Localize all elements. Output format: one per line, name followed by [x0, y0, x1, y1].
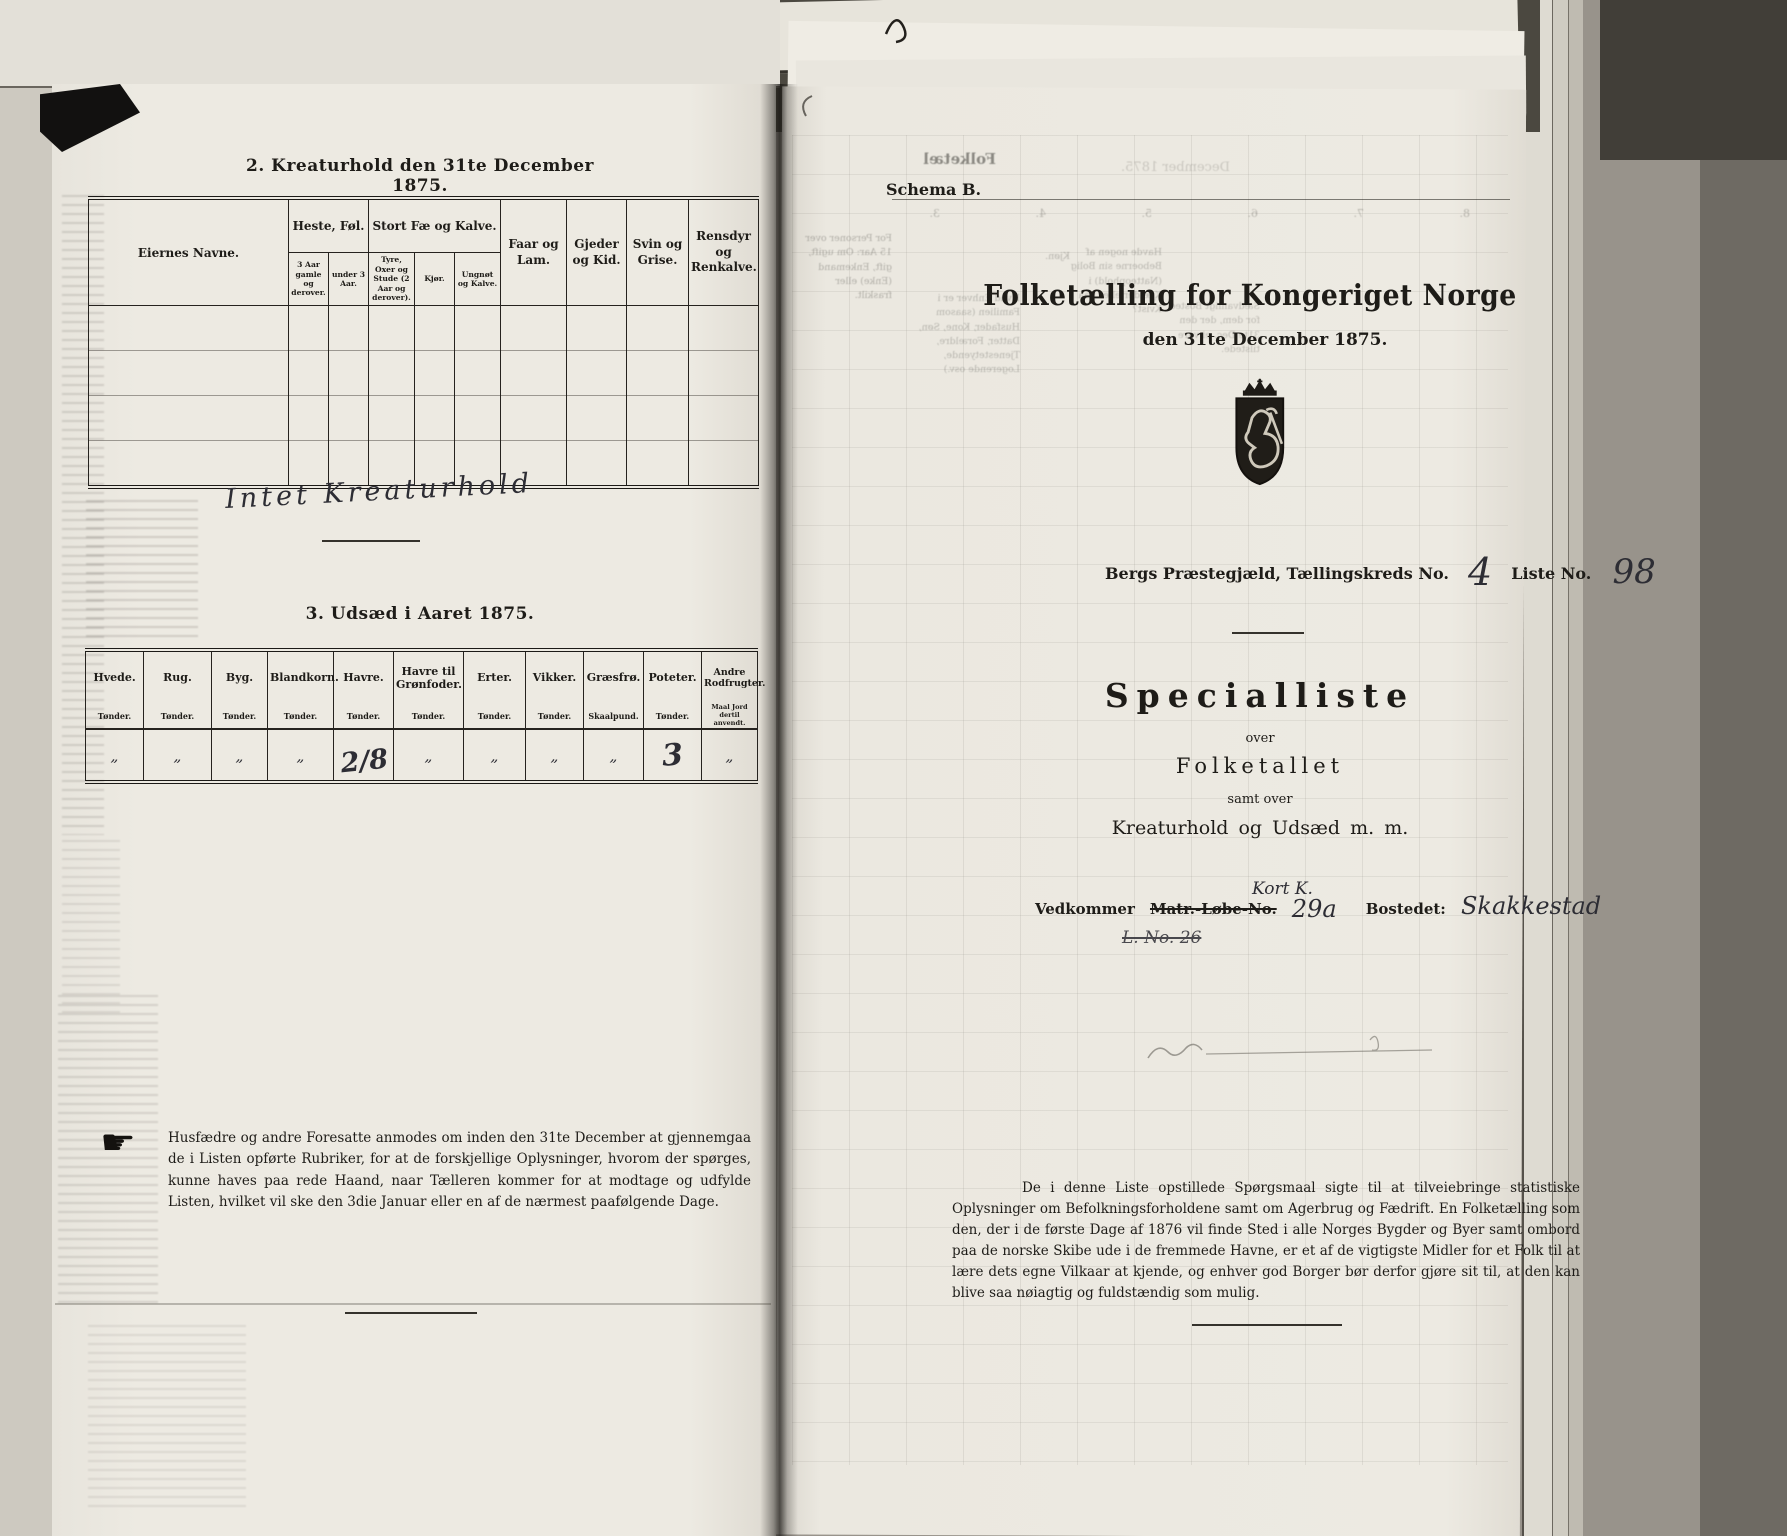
district-prefix: Bergs Præstegjæld, Tællingskreds No.: [1105, 564, 1449, 583]
subtitle-samt-over: samt over: [1070, 792, 1450, 807]
kreaturhold-table: Eiernes Navne. Heste, Føl. Stort Fæ og K…: [88, 196, 759, 489]
divider-rule: [1232, 632, 1304, 634]
col-header-poteter: Poteter.: [644, 650, 702, 704]
empty-cell: [567, 396, 627, 441]
udsaed-table: Hvede. Rug. Byg. Blandkorn. Havre. Havre…: [85, 648, 758, 784]
manicule-icon: ☛: [100, 1123, 136, 1162]
value-cell-andre: „: [702, 729, 758, 782]
unit-cell: Tønder.: [334, 704, 394, 729]
unit-cell: Tønder.: [86, 704, 144, 729]
page-edge-stack: [1568, 0, 1583, 1536]
schema-label: Schema B.: [886, 180, 981, 199]
subcol-ungnot: Ungnøt og Kalve.: [455, 253, 501, 306]
empty-cell: [289, 396, 329, 441]
value-cell-poteter: 3: [644, 729, 702, 782]
empty-cell: [689, 351, 759, 396]
col-header-byg: Byg.: [212, 650, 268, 704]
empty-cell: [501, 351, 567, 396]
empty-cell: [689, 396, 759, 441]
empty-cell: [689, 306, 759, 351]
col-header-graesfro: Græsfrø.: [584, 650, 644, 704]
divider-rule: [322, 540, 420, 542]
empty-cell: [329, 396, 369, 441]
empty-cell: [89, 441, 289, 488]
handwritten-liste-number: 98: [1612, 552, 1655, 592]
bleedthrough-block: [86, 500, 198, 642]
empty-cell: [567, 306, 627, 351]
subcol-tyre-oxer: Tyre, Oxer og Stude (2 Aar og derover).: [369, 253, 415, 306]
divider-rule: [345, 1312, 477, 1314]
value-cell-havre: 2/8: [334, 729, 394, 782]
handwritten-district-number: 4: [1468, 550, 1492, 594]
unit-cell: Skaalpund.: [584, 704, 644, 729]
empty-cell: [455, 306, 501, 351]
col-header-rug: Rug.: [144, 650, 212, 704]
col-group-stort-fae: Stort Fæ og Kalve.: [369, 198, 501, 253]
unit-cell: Tønder.: [268, 704, 334, 729]
census-date-line: den 31te December 1875.: [1085, 330, 1445, 350]
col-header-eiernes-navne: Eiernes Navne.: [89, 198, 289, 306]
header-rule: [892, 199, 1510, 200]
empty-cell: [369, 396, 415, 441]
background-right: [1700, 0, 1787, 1536]
coat-of-arms: [1226, 378, 1304, 520]
unit-cell: Tønder.: [644, 704, 702, 729]
bleedthrough-text: December 1875.: [1020, 158, 1230, 178]
col-header-svin-og-grise: Svin og Grise.: [627, 198, 689, 306]
bleedthrough-block: [88, 1325, 246, 1510]
sheet-edge-line: [55, 1303, 771, 1305]
empty-cell: [369, 306, 415, 351]
empty-cell: [627, 351, 689, 396]
pencil-scribble: [1140, 1028, 1440, 1074]
background-corner: [1600, 0, 1787, 160]
empty-cell: [89, 396, 289, 441]
empty-cell: [501, 306, 567, 351]
unit-cell: Maal Jord dertil anvendt.: [702, 704, 758, 729]
stacked-sheet: [0, 0, 780, 88]
col-header-vikker: Vikker.: [526, 650, 584, 704]
vedkommer-label: Vedkommer: [1035, 900, 1135, 918]
value-cell-havre-gronfoder: „: [394, 729, 464, 782]
bosted-label: Bostedet:: [1366, 900, 1446, 918]
struck-handwriting: L. No. 26: [1122, 928, 1201, 948]
census-main-title: Folketælling for Kongeriget Norge: [979, 278, 1522, 312]
subcol-kjor: Kjør.: [415, 253, 455, 306]
liste-label: Liste No.: [1511, 564, 1591, 583]
col-header-andre-rodfrugter: Andre Rodfrugter.: [702, 650, 758, 704]
bleedthrough-text: 8. 7. 6. 5. 4. 3.: [830, 206, 1470, 223]
value-cell-rug: „: [144, 729, 212, 782]
col-header-hvede: Hvede.: [86, 650, 144, 704]
unit-cell: Tønder.: [526, 704, 584, 729]
empty-cell: [455, 351, 501, 396]
bleedthrough-text: For Personer over 15 Aar: Om ugift, gift…: [804, 232, 892, 303]
page-edge-stack: [1522, 0, 1552, 1536]
bleedthrough-text: Folketæl: [876, 148, 996, 171]
explanatory-paragraph: De i denne Liste opstillede Spørgsmaal s…: [952, 1178, 1580, 1304]
page-edge-stack: [1552, 0, 1569, 1536]
pen-squiggle: [794, 92, 820, 122]
col-header-faar-og-lam: Faar og Lam.: [501, 198, 567, 306]
handwritten-lobe-number: 29a: [1292, 895, 1337, 923]
subtitle-over: over: [1070, 731, 1450, 746]
subcol-heste-3aar: 3 Aar gamle og derover.: [289, 253, 329, 306]
value-cell-blandkorn: „: [268, 729, 334, 782]
col-header-erter: Erter.: [464, 650, 526, 704]
empty-cell: [415, 351, 455, 396]
scanned-census-spread: Folketæl December 1875. 8. 7. 6. 5. 4. 3…: [0, 0, 1787, 1536]
empty-cell: [289, 351, 329, 396]
empty-cell: [289, 306, 329, 351]
empty-cell: [627, 441, 689, 488]
empty-cell: [455, 396, 501, 441]
empty-cell: [689, 441, 759, 488]
unit-cell: Tønder.: [144, 704, 212, 729]
empty-cell: [567, 441, 627, 488]
col-header-havre-gronfoder: Havre til Grønfoder.: [394, 650, 464, 704]
value-cell-erter: „: [464, 729, 526, 782]
empty-cell: [501, 396, 567, 441]
divider-rule: [1192, 1324, 1342, 1326]
subtitle-kreaturhold: Kreaturhold og Udsæd m. m.: [1070, 817, 1450, 839]
empty-cell: [627, 306, 689, 351]
empty-cell: [329, 351, 369, 396]
unit-cell: Tønder.: [464, 704, 526, 729]
scan-margin: [0, 86, 55, 1536]
empty-cell: [89, 351, 289, 396]
handwritten-bosted: Skakkestad: [1461, 892, 1601, 920]
specialliste-block: Specialliste over Folketallet samt over …: [1070, 676, 1450, 839]
instruction-paragraph: Husfædre og andre Foresatte anmodes om i…: [168, 1128, 751, 1213]
pen-squiggle: [880, 4, 920, 44]
struck-matr-lobe-label: Matr.-Løbe-No.: [1150, 900, 1277, 918]
reference-line: Vedkommer Kort K. Matr.-Løbe-No. 29a Bos…: [1035, 892, 1601, 923]
empty-cell: [627, 396, 689, 441]
subcol-heste-under3: under 3 Aar.: [329, 253, 369, 306]
subtitle-folketallet: Folketallet: [1070, 754, 1450, 778]
value-cell-hvede: „: [86, 729, 144, 782]
empty-cell: [89, 306, 289, 351]
col-group-heste: Heste, Føl.: [289, 198, 369, 253]
col-header-blandkorn: Blandkorn.: [268, 650, 334, 704]
col-header-havre: Havre.: [334, 650, 394, 704]
value-cell-graesfro: „: [584, 729, 644, 782]
empty-cell: [369, 351, 415, 396]
kreaturhold-section-title: 2. Kreaturhold den 31te December 1875.: [240, 156, 600, 196]
value-cell-vikker: „: [526, 729, 584, 782]
handwritten-kort-k: Kort K.: [1252, 879, 1313, 899]
bleedthrough-column: [62, 840, 120, 1020]
unit-cell: Tønder.: [212, 704, 268, 729]
empty-cell: [329, 306, 369, 351]
specialliste-title: Specialliste: [1070, 676, 1450, 715]
col-header-gjeder-og-kid: Gjeder og Kid.: [567, 198, 627, 306]
col-header-rensdyr: Rensdyr og Renkalve.: [689, 198, 759, 306]
value-cell-byg: „: [212, 729, 268, 782]
unit-cell: Tønder.: [394, 704, 464, 729]
empty-cell: [567, 351, 627, 396]
empty-cell: [415, 306, 455, 351]
empty-cell: [415, 396, 455, 441]
district-line: Bergs Præstegjæld, Tællingskreds No. 4 L…: [1105, 550, 1656, 594]
udsaed-section-title: 3. Udsæd i Aaret 1875.: [240, 604, 600, 624]
